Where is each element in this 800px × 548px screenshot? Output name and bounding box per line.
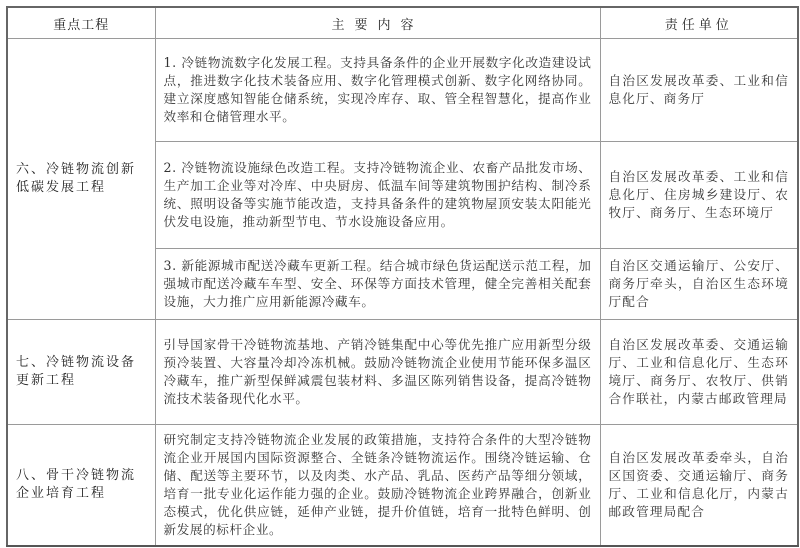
content-cell: 引导国家骨干冷链物流基地、产销冷链集配中心等优先推广应用新型分级预冷装置、大容量… — [155, 320, 600, 425]
project-cell-8: 八、骨干冷链物流企业培育工程 — [7, 425, 155, 547]
key-projects-table: 重点工程 主要内容 责任单位 六、冷链物流创新低碳发展工程 1. 冷链物流数字化… — [6, 6, 799, 547]
header-project: 重点工程 — [7, 7, 155, 39]
content-cell: 研究制定支持冷链物流企业发展的政策措施，支持符合条件的大型冷链物流企业开展国内国… — [155, 425, 600, 547]
table-row: 八、骨干冷链物流企业培育工程 研究制定支持冷链物流企业发展的政策措施，支持符合条… — [7, 425, 798, 547]
content-cell: 2. 冷链物流设施绿色改造工程。支持冷链物流企业、农畜产品批发市场、生产加工企业… — [155, 142, 600, 249]
project-cell-6: 六、冷链物流创新低碳发展工程 — [7, 39, 155, 320]
unit-cell: 自治区交通运输厅、公安厅、商务厅牵头，自治区生态环境厅配合 — [600, 249, 798, 320]
table-header-row: 重点工程 主要内容 责任单位 — [7, 7, 798, 39]
table-row: 六、冷链物流创新低碳发展工程 1. 冷链物流数字化发展工程。支持具备条件的企业开… — [7, 39, 798, 142]
unit-cell: 自治区发展改革委、工业和信息化厅、商务厅 — [600, 39, 798, 142]
header-unit: 责任单位 — [600, 7, 798, 39]
unit-cell: 自治区发展改革委牵头，自治区国资委、交通运输厅、商务厅、工业和信息化厅，内蒙古邮… — [600, 425, 798, 547]
unit-cell: 自治区发展改革委、工业和信息化厅、住房城乡建设厅、农牧厅、商务厅、生态环境厅 — [600, 142, 798, 249]
unit-cell: 自治区发展改革委、交通运输厅、工业和信息化厅、生态环境厅、商务厅、农牧厅、供销合… — [600, 320, 798, 425]
project-cell-7: 七、冷链物流设备更新工程 — [7, 320, 155, 425]
header-content: 主要内容 — [155, 7, 600, 39]
table-row: 七、冷链物流设备更新工程 引导国家骨干冷链物流基地、产销冷链集配中心等优先推广应… — [7, 320, 798, 425]
content-cell: 3. 新能源城市配送冷藏车更新工程。结合城市绿色货运配送示范工程，加强城市配送冷… — [155, 249, 600, 320]
content-cell: 1. 冷链物流数字化发展工程。支持具备条件的企业开展数字化改造建设试点，推进数字… — [155, 39, 600, 142]
